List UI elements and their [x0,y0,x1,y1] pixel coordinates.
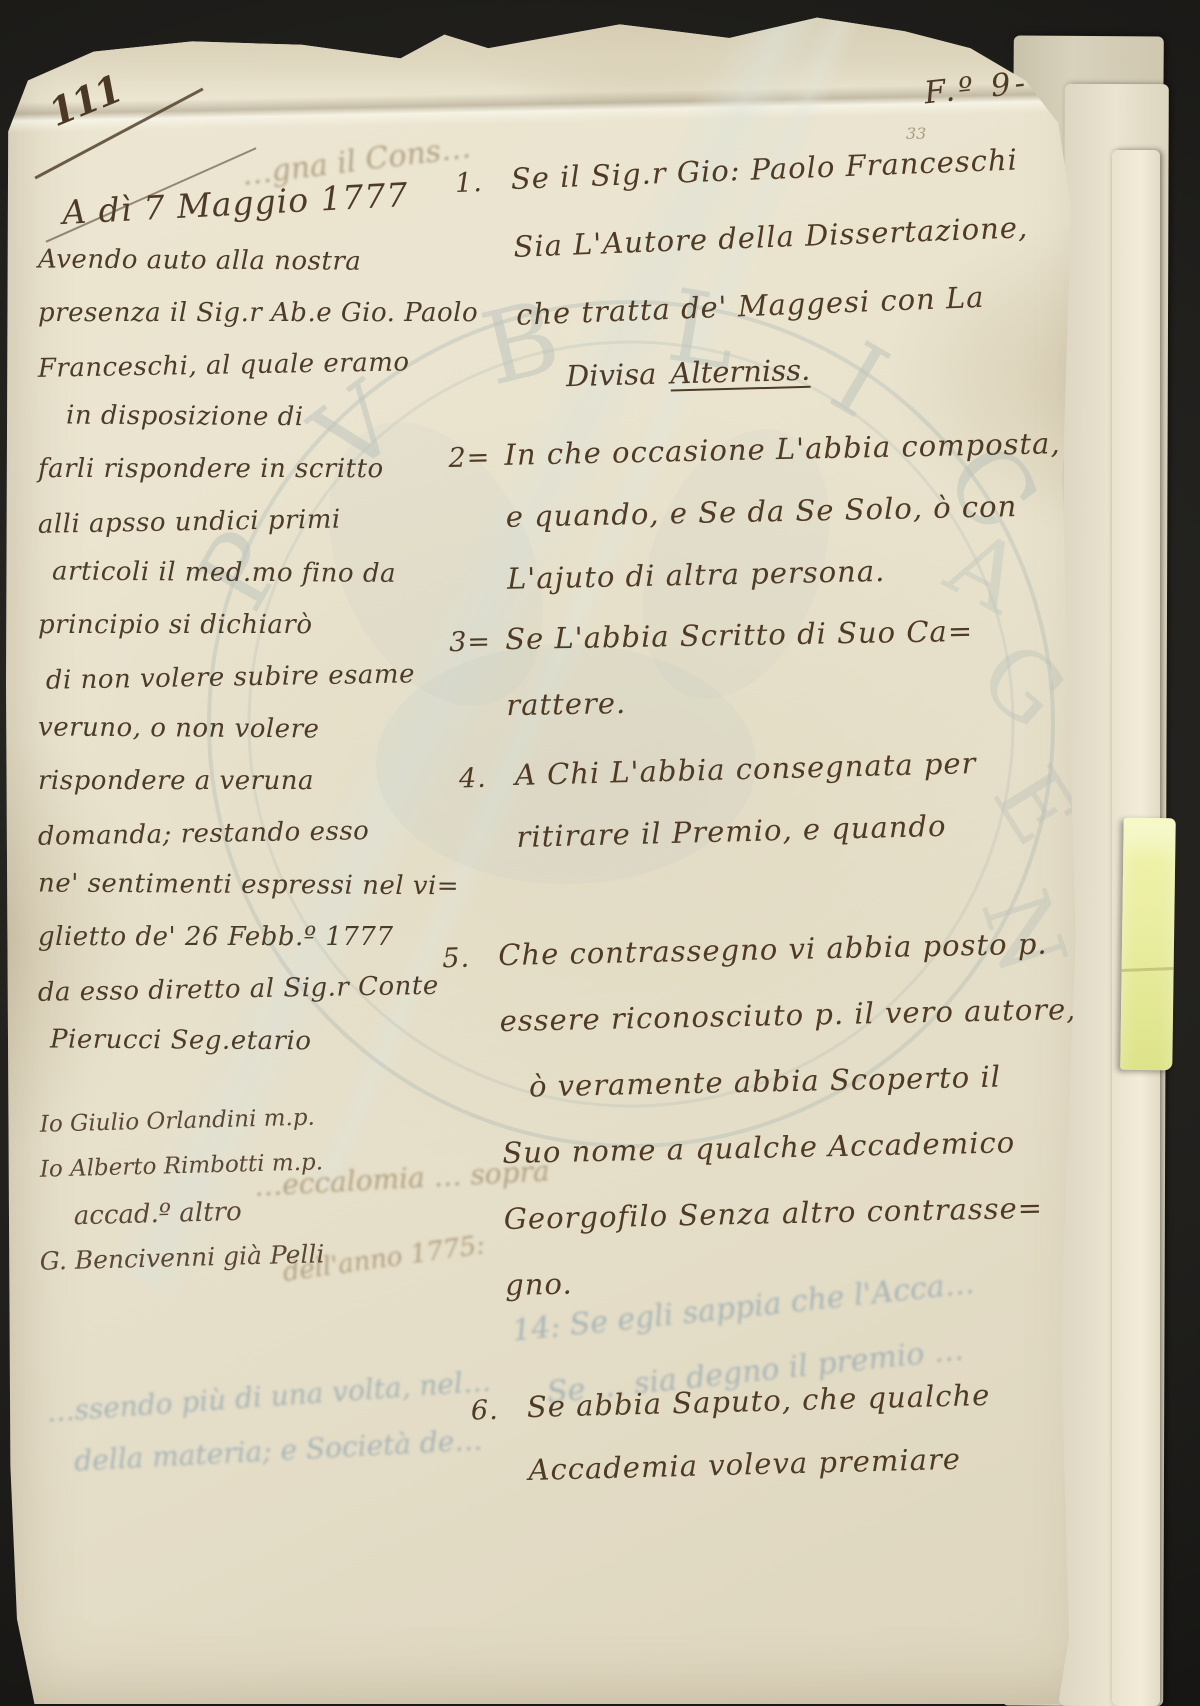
item-number: 4. [459,763,488,795]
text-line: gno. [505,1256,1083,1334]
text-line: veruno, o non volere [38,712,478,767]
text-line: Se L'abbia Scritto di Suo Ca= [505,614,974,688]
article-item-4: 4. A Chi L'abbia consegnata perritirare … [514,746,979,882]
divisa-line: DivisaAlterniss. [566,353,811,393]
text-line: alli apsso undici primi [38,502,479,562]
text-line: In che occasione L'abbia composta, [504,426,1061,500]
text-line: Georgofilo Senza altro contrasse= [503,1190,1081,1268]
manuscript-scan: P V B L I C A G E N …gna il Cons… …eccal… [0,0,1200,1706]
text-line: da esso diretto al Sig.r Conte [38,970,479,1030]
item-number: 3= [449,626,491,658]
text-line: ritirare il Premio, e quando [516,808,979,882]
text-line: Accademia voleva premiare [528,1441,993,1516]
text-line: Avendo auto alla nostra [38,244,478,299]
left-column-text: Avendo auto alla nostrapresenza il Sig.r… [38,246,478,1078]
text-line: domanda; restando esso [38,814,479,874]
text-line: Pierucci Seg.etario [50,1025,478,1080]
sticky-tab-crease [1122,967,1174,972]
text-line: di non volere subire esame [46,658,479,718]
text-line: ò veramente abbia Scoperto il [529,1058,1079,1135]
article-item-1: 1. Se il Sig.r Gio: Paolo FranceschiSia … [510,142,1032,366]
text-line: Io Giulio Orlandini m.p. [39,1104,325,1156]
text-line: ne' sentimenti espressi nel vi= [38,868,478,923]
text-line: rispondere a veruna [38,766,478,818]
article-item-5: 5. Che contrassegno vi abbia posto p.ess… [498,926,1083,1334]
signature-block: Io Giulio Orlandini m.p.Io Alberto Rimbo… [40,1108,325,1288]
text-line: Franceschi, al quale eramo [38,346,479,406]
article-item-2: 2= In che occasione L'abbia composta,e q… [504,426,1064,624]
text-line: G. Bencivenni già Pelli [39,1239,325,1291]
small-page-number: 33 [906,124,926,143]
text-line: in disposizione di [66,401,478,456]
text-line: essere riconosciuto p. il vero autore, [499,992,1077,1070]
article-item-6: 6. Se abbia Saputo, che qualcheAccademia… [526,1378,993,1516]
text-line: presenza il Sig.r Ab.e Gio. Paolo [38,298,478,350]
text-line: L'ajuto di altra persona. [507,550,1064,624]
divisa-label: Divisa [566,357,657,393]
date-line: A dì 7 Maggio 1777 [61,175,409,232]
item-number: 2= [448,442,490,474]
item-number: 6. [471,1395,500,1427]
text-line: e quando, e Se da Se Solo, ò con [505,488,1062,562]
text-line: rattere. [506,680,975,754]
item-number: 5. [442,943,470,975]
motto-underlined: Alterniss. [670,353,811,391]
text-line: Suo nome a qualche Accademico [502,1124,1080,1202]
ghost-text: …ssendo più di una volta, nel… [45,1365,491,1429]
stamp-letter: G [959,621,1085,750]
text-line: Che contrassegno vi abbia posto p. [498,926,1076,1004]
sticky-tab[interactable] [1120,818,1176,1071]
text-line: glietto de' 26 Febb.º 1777 [38,922,478,974]
text-line: principio si dichiarò [38,610,478,662]
text-line: Io Alberto Rimbotti m.p. [39,1149,325,1201]
item-number: 1. [454,167,483,199]
paper-sheet: P V B L I C A G E N …gna il Cons… …eccal… [6,4,1102,1704]
article-item-3: 3= Se L'abbia Scritto di Suo Ca=rattere. [505,614,975,754]
text-line: articoli il med.mo fino da [52,557,478,612]
text-line: farli rispondere in scritto [38,454,478,506]
text-line: accad.º altro [73,1195,325,1247]
ghost-text: della materia; e Società de… [73,1423,483,1477]
